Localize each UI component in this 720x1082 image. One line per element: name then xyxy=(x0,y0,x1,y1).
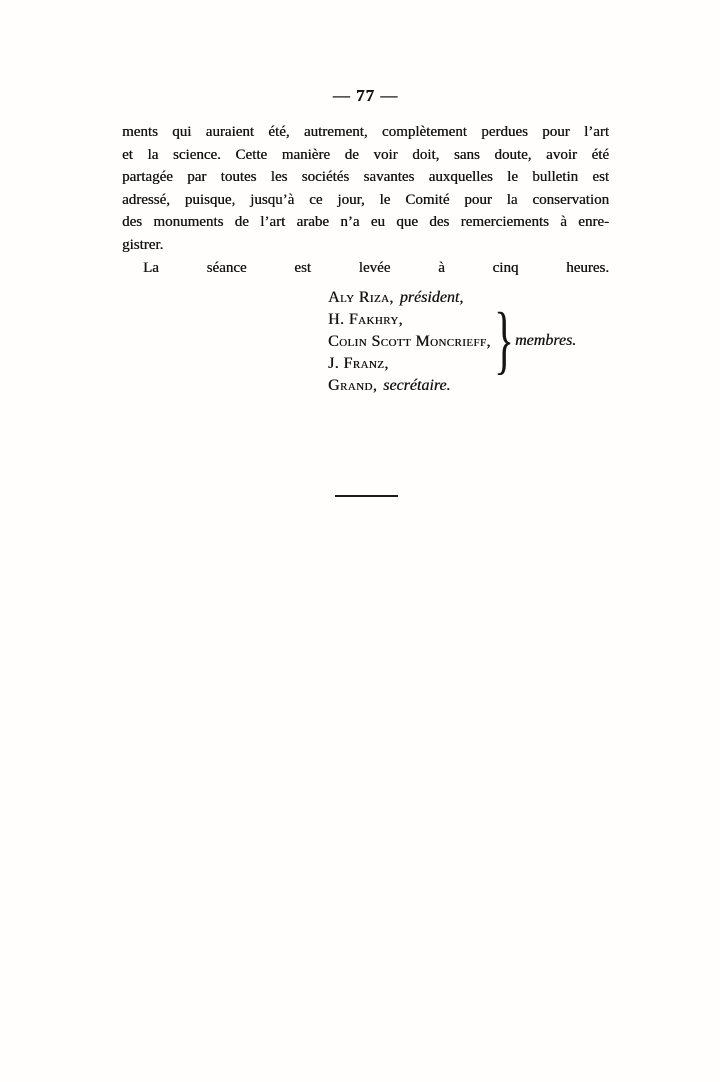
paragraph-line: des monuments de l’art arabe n’a eu que … xyxy=(122,211,609,234)
signatory-name: Aly Riza, xyxy=(328,289,394,306)
signatory-name: Colin Scott Moncrieff, xyxy=(328,333,491,350)
page-number-header: — 77 — xyxy=(122,86,609,106)
paragraph-line: gistrer. xyxy=(122,234,609,257)
grouping-brace-icon: } xyxy=(494,303,514,377)
signature-row: H. Fakhry, xyxy=(328,309,497,331)
signature-block: Aly Riza,président, H. Fakhry, Colin Sco… xyxy=(328,287,497,397)
signatory-role: président, xyxy=(400,289,464,306)
signatory-name: H. Fakhry, xyxy=(328,311,403,328)
paragraph-line: adressé, puisque, jusqu’à ce jour, le Co… xyxy=(122,189,609,212)
signatory-name: Grand, xyxy=(328,377,377,394)
document-page-scan: — 77 — ments qui auraient été, autrement… xyxy=(0,0,720,1082)
signatory-name: J. Franz, xyxy=(328,355,389,372)
brace-group-label: membres. xyxy=(515,330,576,352)
signature-row: Grand,secrétaire. xyxy=(328,375,497,397)
signature-row: J. Franz, xyxy=(328,353,497,375)
section-end-rule xyxy=(335,495,398,497)
paragraph-line: et la science. Cette manière de voir doi… xyxy=(122,144,609,167)
main-paragraph: ments qui auraient été, autrement, compl… xyxy=(122,121,609,279)
signature-row: Aly Riza,président, xyxy=(328,287,497,309)
paragraph-line: ments qui auraient été, autrement, compl… xyxy=(122,121,609,144)
signature-row: Colin Scott Moncrieff, xyxy=(328,331,497,353)
signatory-role: secrétaire. xyxy=(383,377,450,394)
closing-sentence: La séance est levée à cinq heures. xyxy=(122,257,609,280)
paragraph-line: partagée par toutes les sociétés savante… xyxy=(122,166,609,189)
